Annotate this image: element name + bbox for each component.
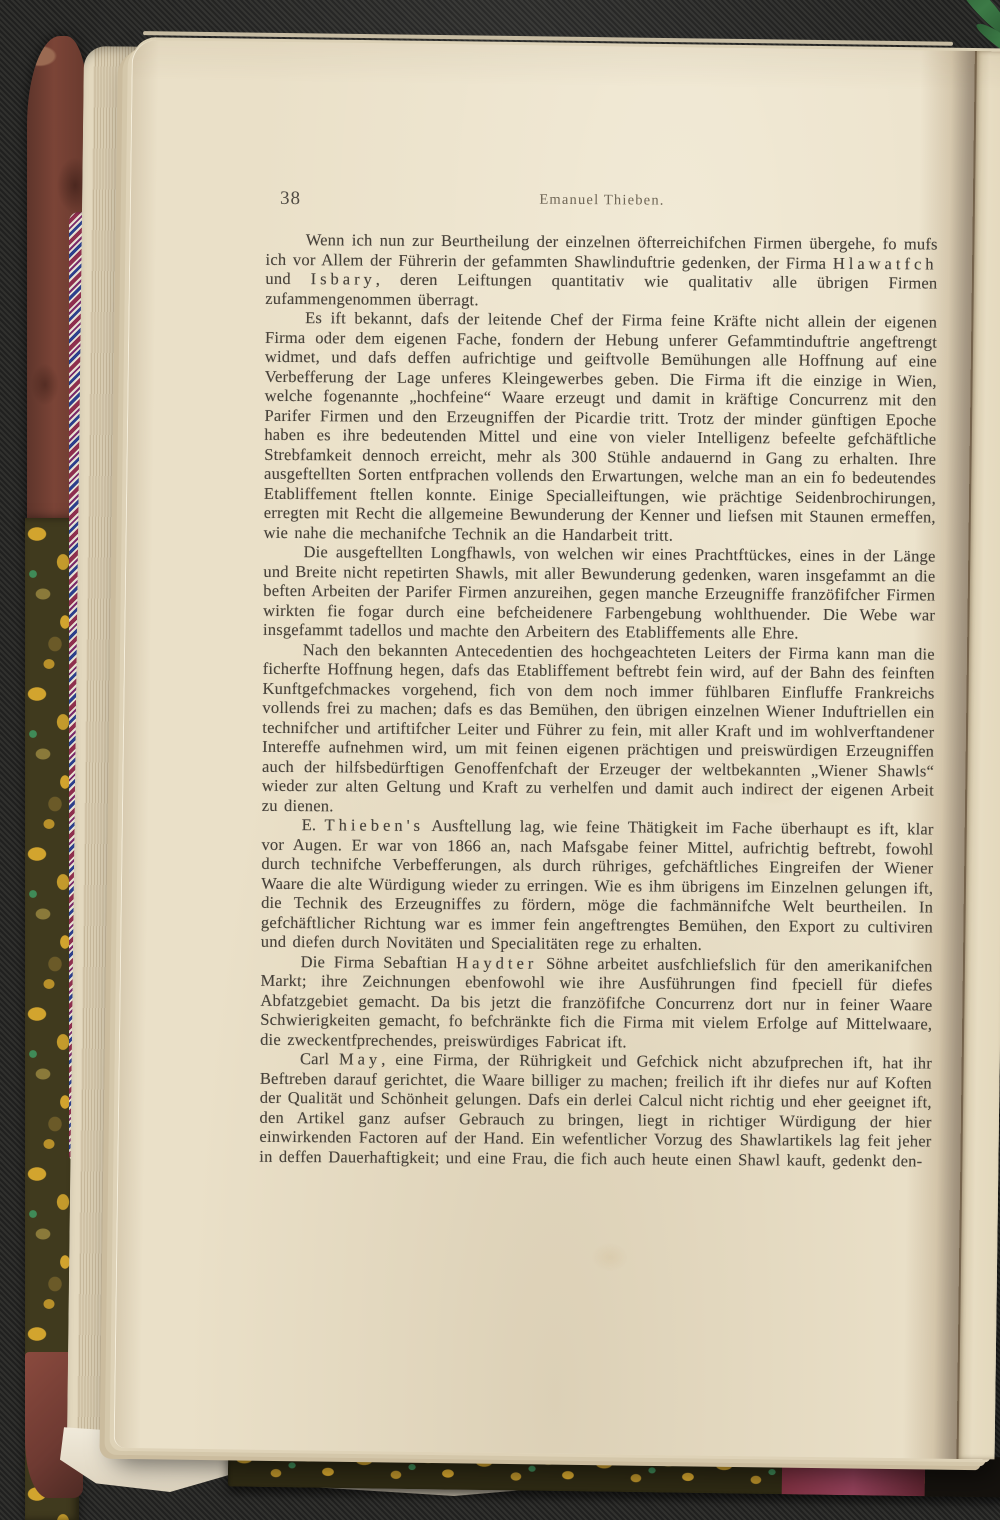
firm-name: Hlawatfch xyxy=(833,253,938,273)
body-text: Wenn ich nun zur Beurtheilung der einzel… xyxy=(259,230,938,1171)
paragraph: Wenn ich nun zur Beurtheilung der einzel… xyxy=(265,230,938,313)
paragraph: Carl May, eine Firma, der Rührigkeit und… xyxy=(259,1049,932,1171)
facing-page-sliver xyxy=(956,51,1000,1459)
text-segment: Nach den bekannten Antecedentien des hoc… xyxy=(262,640,935,815)
text-segment: Die Firma Sebaftian xyxy=(301,952,457,972)
paragraph: Die Firma Sebaftian Haydter Söhne arbeit… xyxy=(260,951,933,1053)
page-number: 38 xyxy=(280,188,301,210)
firm-name: Haydter xyxy=(456,953,537,973)
text-segment: und xyxy=(265,269,310,288)
page-header: 38 Emanuel Thieben. xyxy=(266,190,938,219)
text-segment: Die ausgeftellten Longfhawls, von welche… xyxy=(263,542,936,642)
firm-name: Thieben's xyxy=(324,815,424,835)
running-header: Emanuel Thieben. xyxy=(266,190,938,212)
paragraph: Es ift bekannt, dafs der leitende Chef d… xyxy=(264,308,938,547)
photo-background: 38 Emanuel Thieben. Wenn ich nun zur Beu… xyxy=(0,0,1000,1520)
text-segment: Ausftellung lag, wie feine Thätigkeit im… xyxy=(261,816,934,954)
paragraph: Nach den bekannten Antecedentien des hoc… xyxy=(262,639,935,819)
sheet-edge-line xyxy=(143,31,953,46)
firm-name: May xyxy=(339,1049,381,1068)
text-segment: Es ift bekannt, dafs der leitende Chef d… xyxy=(264,308,938,544)
leather-bottom-edge xyxy=(782,1454,925,1496)
text-segment: Carl xyxy=(300,1049,339,1068)
book-page: 38 Emanuel Thieben. Wenn ich nun zur Beu… xyxy=(114,40,1000,1459)
bottom-edge-shadow xyxy=(925,1456,1000,1497)
paragraph: E. Thieben's Ausftellung lag, wie feine … xyxy=(261,815,934,956)
text-segment: E. xyxy=(302,815,325,834)
paragraph: Die ausgeftellten Longfhawls, von welche… xyxy=(263,542,936,644)
firm-name: Isbary xyxy=(311,269,376,288)
text-block: 38 Emanuel Thieben. Wenn ich nun zur Beu… xyxy=(259,190,938,1171)
